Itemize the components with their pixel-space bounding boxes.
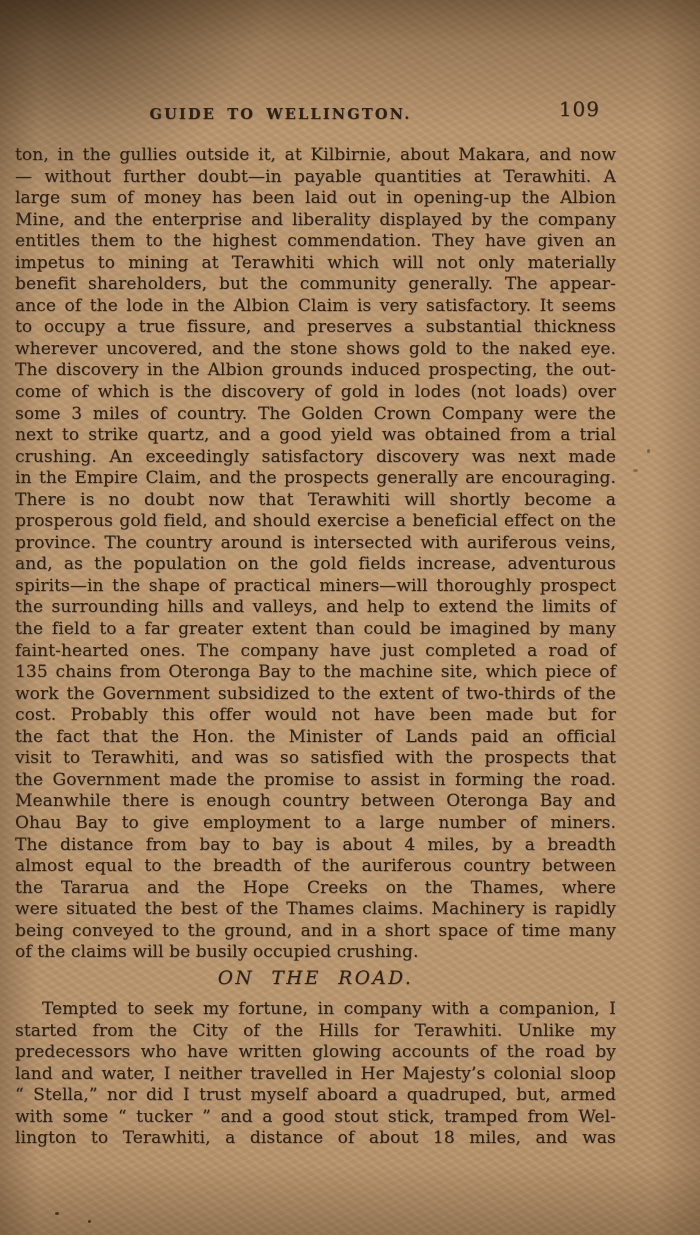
- text-line: were situated the best of the Thames cla…: [15, 899, 616, 921]
- ink-speck: [647, 449, 650, 453]
- text-line: impetus to mining at Terawhiti which wil…: [15, 253, 616, 275]
- ink-speck: [88, 1220, 91, 1223]
- ink-speck: [633, 469, 638, 472]
- text-line: spirits—in the shape of practical miners…: [15, 576, 616, 598]
- text-line: 135 chains from Oteronga Bay to the mach…: [15, 662, 616, 684]
- text-line: with some “ tucker ” and a good stout st…: [15, 1107, 616, 1129]
- text-line: — without further doubt—in payable quant…: [15, 167, 616, 189]
- text-line: almost equal to the breadth of the aurif…: [15, 856, 616, 878]
- text-line: The distance from bay to bay is about 4 …: [15, 835, 616, 857]
- text-line: ton, in the gullies outside it, at Kilbi…: [15, 145, 616, 167]
- text-line: the fact that the Hon. the Minister of L…: [15, 727, 616, 749]
- text-line: visit to Terawhiti, and was so satisfied…: [15, 748, 616, 770]
- text-line: province. The country around is intersec…: [15, 533, 616, 555]
- text-line: The discovery in the Albion grounds indu…: [15, 360, 616, 382]
- text-line: the field to a far greater extent than c…: [15, 619, 616, 641]
- text-line: come of which is the discovery of gold i…: [15, 382, 616, 404]
- text-line: the surrounding hills and valleys, and h…: [15, 597, 616, 619]
- text-line: wherever uncovered, and the stone shows …: [15, 339, 616, 361]
- text-line: There is no doubt now that Terawhiti wil…: [15, 490, 616, 512]
- text-column: GUIDE TO WELLINGTON. 109 ton, in the gul…: [15, 0, 616, 1235]
- text-line: the Tararua and the Hope Creeks on the T…: [15, 878, 616, 900]
- section-heading: ON THE ROAD.: [15, 968, 616, 989]
- text-line: predecessors who have written glowing ac…: [15, 1042, 616, 1064]
- text-line: large sum of money has been laid out in …: [15, 188, 616, 210]
- text-line: started from the City of the Hills for T…: [15, 1021, 616, 1043]
- text-line: of the claims will be busily occupied cr…: [15, 942, 616, 964]
- text-line: “ Stella,” nor did I trust myself aboard…: [15, 1085, 616, 1107]
- text-line: Mine, and the enterprise and liberality …: [15, 210, 616, 232]
- text-line: prosperous gold field, and should exerci…: [15, 511, 616, 533]
- text-line: in the Empire Claim, and the prospects g…: [15, 468, 616, 490]
- text-line: Ohau Bay to give employment to a large n…: [15, 813, 616, 835]
- ink-speck: [55, 1212, 59, 1215]
- text-line: some 3 miles of country. The Golden Crow…: [15, 404, 616, 426]
- text-line: cost. Probably this offer would not have…: [15, 705, 616, 727]
- text-line: Tempted to seek my fortune, in company w…: [15, 999, 616, 1021]
- text-line: benefit shareholders, but the community …: [15, 274, 616, 296]
- text-line: crushing. An exceedingly satisfactory di…: [15, 447, 616, 469]
- text-line: Meanwhile there is enough country betwee…: [15, 791, 616, 813]
- text-line: to occupy a true fissure, and preserves …: [15, 317, 616, 339]
- text-line: land and water, I neither travelled in H…: [15, 1064, 616, 1086]
- page-number: 109: [559, 97, 600, 121]
- paragraph-terawhiti-mining: ton, in the gullies outside it, at Kilbi…: [15, 145, 616, 964]
- running-title: GUIDE TO WELLINGTON.: [0, 106, 581, 123]
- text-line: the Government made the promise to assis…: [15, 770, 616, 792]
- text-line: being conveyed to the ground, and in a s…: [15, 921, 616, 943]
- text-line: work the Government subsidized to the ex…: [15, 684, 616, 706]
- scanned-book-page: GUIDE TO WELLINGTON. 109 ton, in the gul…: [0, 0, 700, 1235]
- text-line: next to strike quartz, and a good yield …: [15, 425, 616, 447]
- text-line: ance of the lode in the Albion Claim is …: [15, 296, 616, 318]
- paragraph-on-the-road: Tempted to seek my fortune, in company w…: [15, 999, 616, 1150]
- text-line: entitles them to the highest commendatio…: [15, 231, 616, 253]
- text-line: faint-hearted ones. The company have jus…: [15, 641, 616, 663]
- text-line: and, as the population on the gold field…: [15, 554, 616, 576]
- text-line: lington to Terawhiti, a distance of abou…: [15, 1128, 616, 1150]
